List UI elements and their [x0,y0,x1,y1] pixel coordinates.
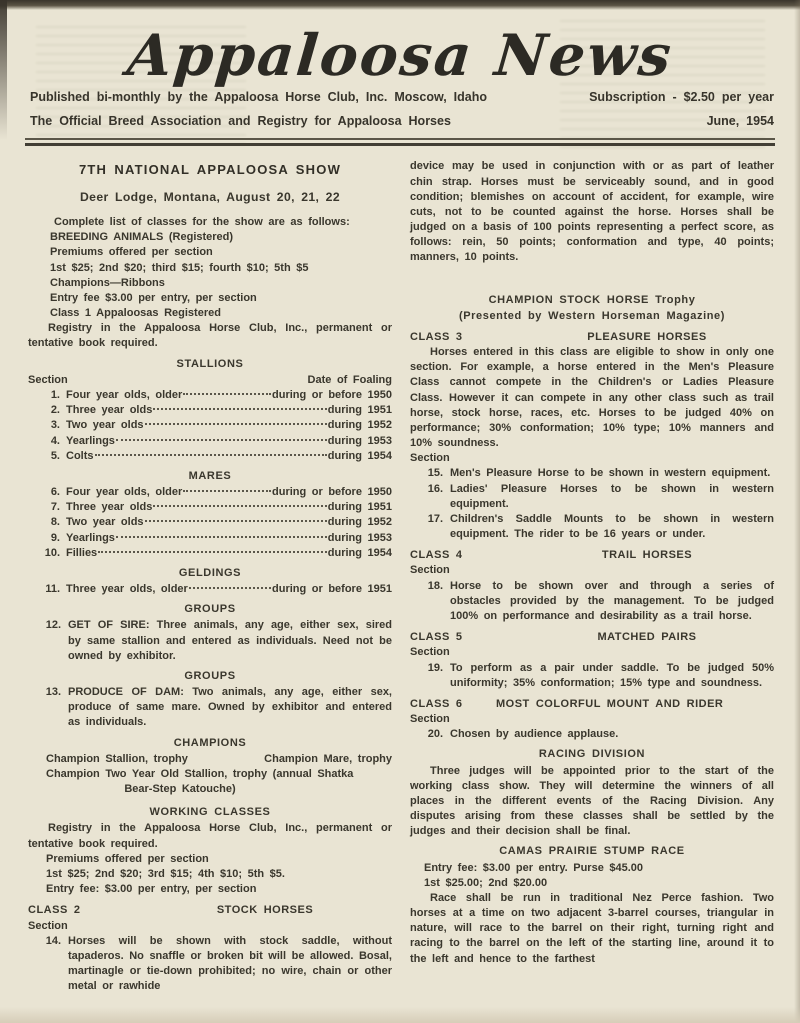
item-label: Yearlings [66,434,115,449]
trophy-presenter: (Presented by Western Horseman Magazine) [410,309,774,324]
champions-row: Champion Stallion, trophy Champion Mare,… [28,752,392,767]
list-item: 12. GET OF SIRE: Three animals, any age,… [28,618,392,664]
dot-leader [189,587,271,589]
list-item: 2.Three year oldsduring 1951 [28,403,392,418]
heading-mares: MARES [28,469,392,484]
item-value: during 1953 [328,434,392,449]
item-number: 12. [28,618,68,664]
heading-geldings: GELDINGS [28,566,392,581]
class-4-header: CLASS 4 TRAIL HORSES [410,548,774,563]
item-text: Horses will be shown with stock saddle, … [68,934,392,995]
premiums-line: Premiums offered per section [28,852,392,867]
item-number: 14. [28,934,68,995]
item-number: 1. [28,388,66,403]
item-value: during 1951 [328,500,392,515]
class-label: CLASS 6 [410,697,496,712]
item-label: Four year olds, older [66,485,182,500]
scan-edge-bottom [0,1007,800,1023]
racing-paragraph: Three judges will be appointed prior to … [410,764,774,840]
item-number: 10. [28,546,66,561]
item-value: during 1952 [328,418,392,433]
issue-date: June, 1954 [707,110,774,134]
dot-leader [183,490,271,492]
item-value: during 1954 [328,546,392,561]
dot-leader [116,536,327,538]
dot-leader [116,439,327,441]
section-label: Section [410,451,774,466]
registry-note: Registry in the Appaloosa Horse Club, In… [28,821,392,851]
list-item: 18. Horse to be shown over and through a… [410,579,774,625]
heading-champions: CHAMPIONS [28,736,392,751]
class-title: MATCHED PAIRS [520,630,774,645]
camas-paragraph: Race shall be run in traditional Nez Per… [410,891,774,967]
class-5-header: CLASS 5 MATCHED PAIRS [410,630,774,645]
list-item: 4.Yearlingsduring 1953 [28,434,392,449]
item-value: during 1951 [328,403,392,418]
item-text: Chosen by audience applause. [450,727,774,742]
class-6-header: CLASS 6 MOST COLORFUL MOUNT AND RIDER [410,697,774,712]
list-item: 7.Three year oldsduring 1951 [28,500,392,515]
newsletter-title: Appaloosa News [0,26,800,86]
champion-mare-text: Champion Mare, trophy [264,752,392,767]
article-headline: 7TH NATIONAL APPALOOSA SHOW [28,161,392,179]
item-number: 18. [410,579,450,625]
item-label: Two year olds [66,418,144,433]
camas-prizes: 1st $25.00; 2nd $20.00 [410,876,774,891]
item-number: 8. [28,515,66,530]
class-title: PLEASURE HORSES [520,330,774,345]
section-label: Section [410,645,774,660]
dot-leader [95,454,327,456]
list-item: 13. PRODUCE OF DAM: Two animals, any age… [28,685,392,731]
publisher-text: Published bi-monthly by the Appaloosa Ho… [30,86,487,110]
foaling-column-label: Date of Foaling [308,373,392,388]
item-text: GET OF SIRE: Three animals, any age, eit… [68,618,392,664]
intro-line: Premiums offered per section [28,245,392,260]
item-number: 9. [28,531,66,546]
class-3-header: CLASS 3 PLEASURE HORSES [410,330,774,345]
class-2-header: CLASS 2 STOCK HORSES [28,903,392,918]
list-item: 6.Four year olds, olderduring or before … [28,485,392,500]
dot-leader [145,423,327,425]
item-value: during or before 1951 [272,582,392,597]
left-column: 7TH NATIONAL APPALOOSA SHOW Deer Lodge, … [28,159,392,994]
intro-line: Champions—Ribbons [28,276,392,291]
class-title: MOST COLORFUL MOUNT AND RIDER [496,697,774,712]
item-value: during 1952 [328,515,392,530]
item-number: 16. [410,482,450,512]
list-item: 5.Coltsduring 1954 [28,449,392,464]
heading-racing-division: RACING DIVISION [410,747,774,762]
dot-leader [145,520,327,522]
item-value: during 1954 [328,449,392,464]
list-item: 9.Yearlingsduring 1953 [28,531,392,546]
item-label: Fillies [66,546,97,561]
item-number: 19. [410,661,450,691]
list-item: 8.Two year oldsduring 1952 [28,515,392,530]
item-number: 13. [28,685,68,731]
masthead-divider-rule [25,138,775,146]
item-number: 17. [410,512,450,542]
item-value: during or before 1950 [272,485,392,500]
newsletter-page: Appaloosa News Published bi-monthly by t… [0,0,800,1023]
trophy-heading: CHAMPION STOCK HORSE Trophy [410,293,774,308]
item-number: 7. [28,500,66,515]
list-item: 17. Children's Saddle Mounts to be shown… [410,512,774,542]
list-item: 11.Three year olds, olderduring or befor… [28,582,392,597]
class-label: CLASS 5 [410,630,520,645]
intro-line: BREEDING ANIMALS (Registered) [28,230,392,245]
column-gap [410,266,774,288]
item-text: Children's Saddle Mounts to be shown in … [450,512,774,542]
item-number: 3. [28,418,66,433]
item-label: Three year olds [66,403,152,418]
section-date-header: Section Date of Foaling [28,373,392,388]
item-text: Horse to be shown over and through a ser… [450,579,774,625]
class-title: STOCK HORSES [138,903,392,918]
item-text: Ladies' Pleasure Horses to be shown in w… [450,482,774,512]
list-item: 10.Filliesduring 1954 [28,546,392,561]
camas-entry-fee: Entry fee: $3.00 per entry. Purse $45.00 [410,861,774,876]
article-columns: 7TH NATIONAL APPALOOSA SHOW Deer Lodge, … [0,146,800,994]
list-item: 3.Two year oldsduring 1952 [28,418,392,433]
association-text: The Official Breed Association and Regis… [30,110,451,134]
publication-line-1: Published bi-monthly by the Appaloosa Ho… [0,86,800,110]
intro-line: Complete list of classes for the show ar… [28,215,392,230]
champion-stallion-text: Champion Stallion, trophy [46,752,188,767]
class-label: CLASS 4 [410,548,520,563]
list-item: 14. Horses will be shown with stock sadd… [28,934,392,995]
item-number: 15. [410,466,450,481]
item-label: Yearlings [66,531,115,546]
heading-working-classes: WORKING CLASSES [28,805,392,820]
item-number: 5. [28,449,66,464]
item-text: To perform as a pair under saddle. To be… [450,661,774,691]
intro-line: Class 1 Appaloosas Registered [28,306,392,321]
dot-leader [183,393,271,395]
item-value: during 1953 [328,531,392,546]
dot-leader [153,408,326,410]
publication-line-2: The Official Breed Association and Regis… [0,110,800,134]
article-subheadline: Deer Lodge, Montana, August 20, 21, 22 [28,189,392,206]
entry-fee-line: Entry fee: $3.00 per entry, per section [28,882,392,897]
item-number: 4. [28,434,66,449]
heading-groups-2: GROUPS [28,669,392,684]
section-column-label: Section [28,373,68,388]
item-number: 20. [410,727,450,742]
intro-line: Entry fee $3.00 per entry, per section [28,291,392,306]
item-number: 2. [28,403,66,418]
section-label: Section [28,919,392,934]
section-label: Section [410,563,774,578]
registry-note: Registry in the Appaloosa Horse Club, In… [28,321,392,351]
list-item: 16. Ladies' Pleasure Horses to be shown … [410,482,774,512]
masthead: Appaloosa News Published bi-monthly by t… [0,0,800,146]
item-label: Colts [66,449,94,464]
premiums-amounts-line: 1st $25; 2nd $20; 3rd $15; 4th $10; 5th … [28,867,392,882]
list-item: 20. Chosen by audience applause. [410,727,774,742]
continuation-paragraph: device may be used in conjunction with o… [410,159,774,265]
champion-trophy-name: Bear-Step Katouche) [28,782,392,797]
heading-stallions: STALLIONS [28,357,392,372]
item-text: Men's Pleasure Horse to be shown in west… [450,466,774,481]
item-label: Four year olds, older [66,388,182,403]
subscription-price: Subscription - $2.50 per year [589,86,774,110]
item-number: 11. [28,582,66,597]
item-label: Two year olds [66,515,144,530]
item-value: during or before 1950 [272,388,392,403]
section-label: Section [410,712,774,727]
item-text: PRODUCE OF DAM: Two animals, any age, ei… [68,685,392,731]
item-number: 6. [28,485,66,500]
right-column: device may be used in conjunction with o… [410,159,774,994]
dot-leader [153,505,326,507]
dot-leader [98,551,327,553]
list-item: 19. To perform as a pair under saddle. T… [410,661,774,691]
heading-groups-1: GROUPS [28,602,392,617]
class-3-paragraph: Horses entered in this class are eligibl… [410,345,774,451]
scan-edge-right [794,0,800,1023]
class-title: TRAIL HORSES [520,548,774,563]
intro-line: 1st $25; 2nd $20; third $15; fourth $10;… [28,261,392,276]
class-label: CLASS 2 [28,903,138,918]
heading-camas-prairie: CAMAS PRAIRIE STUMP RACE [410,844,774,859]
item-label: Three year olds, older [66,582,188,597]
list-item: 1.Four year olds, olderduring or before … [28,388,392,403]
list-item: 15. Men's Pleasure Horse to be shown in … [410,466,774,481]
item-label: Three year olds [66,500,152,515]
class-label: CLASS 3 [410,330,520,345]
champion-two-year-text: Champion Two Year Old Stallion, trophy (… [28,767,392,782]
